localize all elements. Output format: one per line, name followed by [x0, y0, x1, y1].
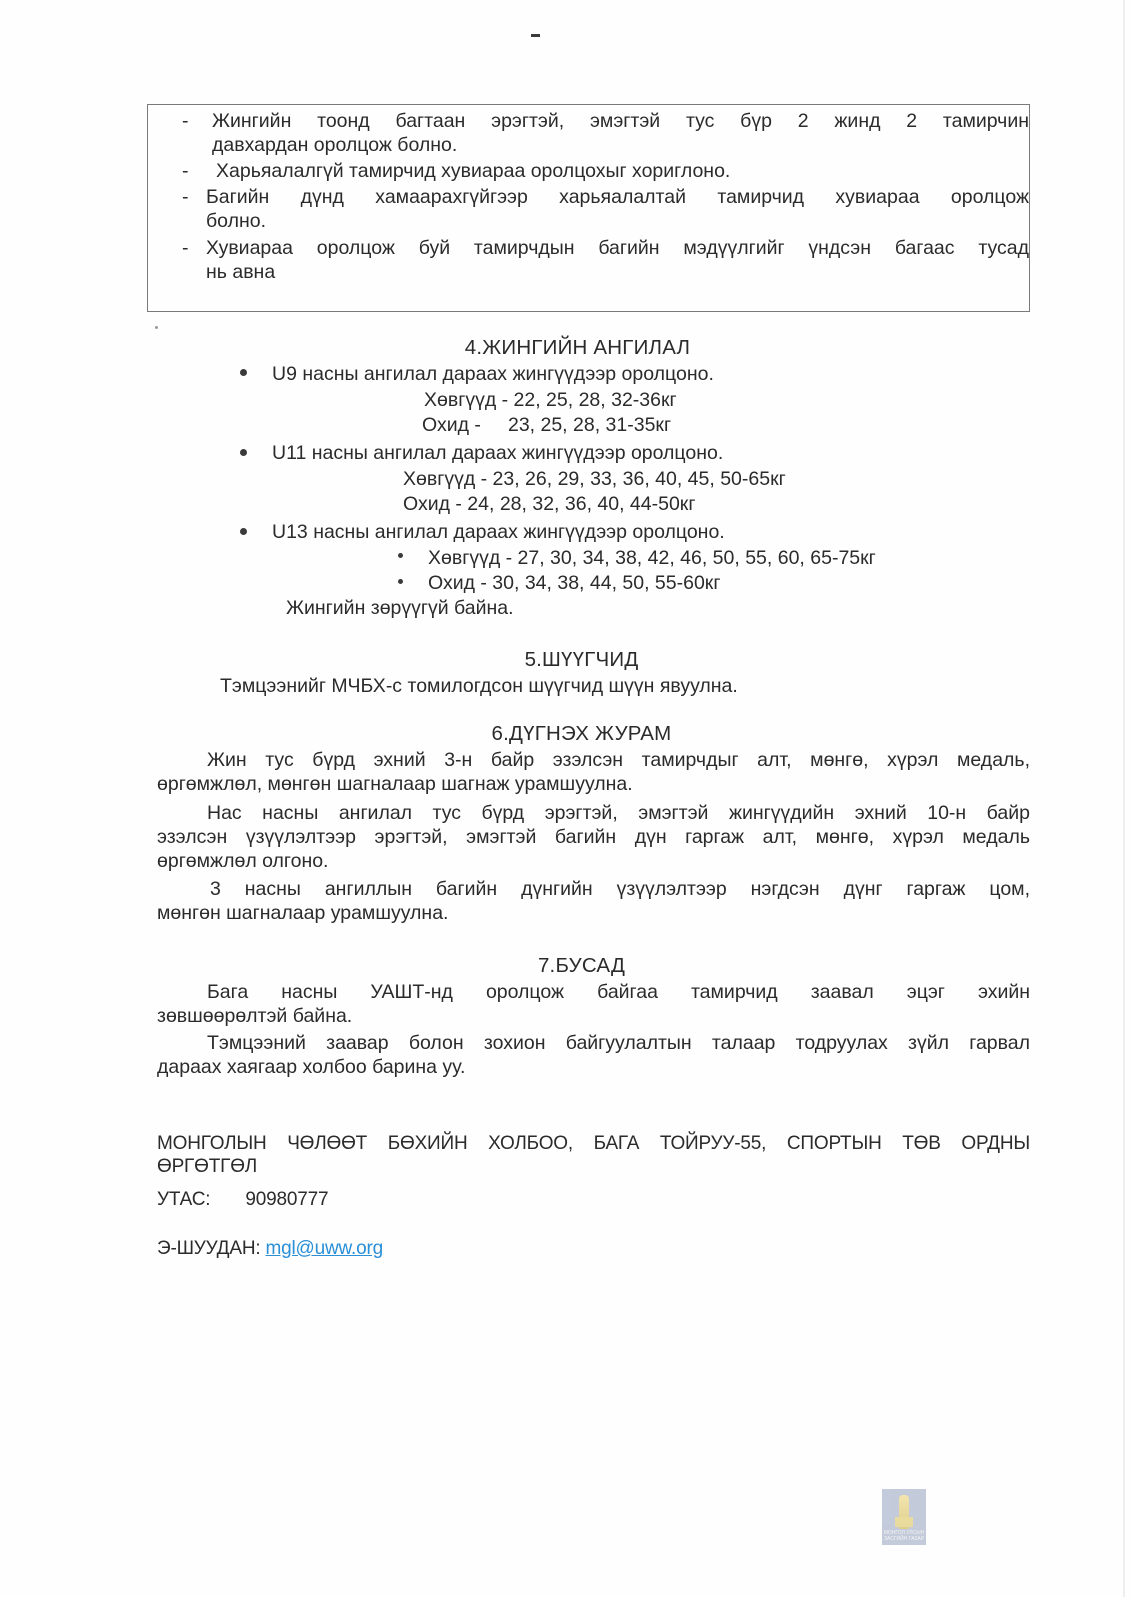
- weight-tolerance-note: Жингийн зөрүүгүй байна.: [286, 596, 514, 620]
- organization-address: МОНГОЛЫН ЧӨЛӨӨТ БӨХИЙН ХОЛБОО, БАГА ТОЙР…: [157, 1132, 1030, 1178]
- rule-item: - Харьяалалгүй тамирчид хувиараа оролцох…: [212, 159, 1029, 183]
- dash-marker: -: [182, 236, 189, 260]
- rule-text: Харьяалалгүй тамирчид хувиараа оролцохыг…: [212, 159, 1029, 183]
- u13-girls-weights: Охид - 30, 34, 38, 44, 50, 55-60кг: [428, 571, 720, 595]
- u9-boys-weights: Хөвгүүд - 22, 25, 28, 32-36кг: [424, 388, 677, 412]
- rule-item: - Жингийн тоонд багтаан эрэгтэй, эмэгтэй…: [212, 109, 1029, 157]
- u13-boys-weights: Хөвгүүд - 27, 30, 34, 38, 42, 46, 50, 55…: [428, 546, 876, 570]
- paragraph-line: зөвшөөрөлтэй байна.: [157, 1004, 1030, 1028]
- paragraph-line: Тэмцээний заавар болон зохион байгуулалт…: [157, 1031, 1030, 1055]
- evaluation-paragraph: Нас насны ангилал тус бүрд эрэгтэй, эмэг…: [157, 801, 1030, 873]
- page-edge-shadow: [1123, 0, 1125, 1597]
- email-row: Э-ШУУДАН: mgl@uww.org: [157, 1237, 383, 1260]
- state-emblem-icon: [899, 1495, 909, 1529]
- paragraph-line: Жин тус бүрд эхний 3-н байр эзэлсэн тами…: [157, 748, 1030, 772]
- age-group-u11: U11 насны ангилал дараах жингүүдээр орол…: [272, 441, 723, 465]
- bullet-icon: [240, 449, 247, 456]
- rule-text: Жингийн тоонд багтаан эрэгтэй, эмэгтэй т…: [212, 109, 1029, 133]
- phone-number: 90980777: [245, 1189, 328, 1210]
- paragraph-line: өргөмжлөл, мөнгөн шагналаар шагнаж урамш…: [157, 772, 1030, 796]
- paragraph-line: 3 насны ангиллын багийн дүнгийн үзүүлэлт…: [157, 877, 1030, 901]
- scan-speck: [155, 326, 158, 329]
- email-label: Э-ШУУДАН:: [157, 1238, 260, 1259]
- address-line: МОНГОЛЫН ЧӨЛӨӨТ БӨХИЙН ХОЛБОО, БАГА ТОЙР…: [157, 1132, 1030, 1155]
- section-heading-evaluation: 6.ДҮГНЭХ ЖУРАМ: [16, 722, 1131, 746]
- dash-marker: -: [182, 109, 189, 133]
- paragraph-line: Бага насны УАШТ-нд оролцож байгаа тамирч…: [157, 980, 1030, 1004]
- dash-marker: -: [182, 185, 189, 209]
- address-line: ӨРГӨТГӨЛ: [157, 1155, 1030, 1178]
- bullet-icon: [240, 369, 247, 376]
- email-link[interactable]: mgl@uww.org: [266, 1238, 383, 1259]
- evaluation-paragraph: Жин тус бүрд эхний 3-н байр эзэлсэн тами…: [157, 748, 1030, 796]
- section-heading-other: 7.БУСАД: [16, 954, 1131, 978]
- scan-mark: [531, 34, 540, 37]
- rule-text-cont: болно.: [206, 209, 1029, 233]
- age-group-u13: U13 насны ангилал дараах жингүүдээр орол…: [272, 520, 725, 544]
- u9-girls-weights: Охид - 23, 25, 28, 31-35кг: [422, 413, 671, 437]
- sub-bullet-icon: [398, 579, 403, 584]
- phone-row: УТАС: 90980777: [157, 1188, 328, 1211]
- paragraph-line: дараах хаягаар холбоо барина уу.: [157, 1055, 1030, 1079]
- government-stamp: МОНГОЛ УЛСЫН ЗАСГИЙН ГАЗАР: [882, 1489, 926, 1545]
- dash-marker: -: [182, 159, 189, 183]
- phone-label: УТАС:: [157, 1189, 210, 1210]
- rule-item: - Багийн дүнд хамаарахгүйгээр харьяалалт…: [206, 185, 1029, 233]
- rule-text-cont: давхардан оролцож болно.: [212, 133, 1029, 157]
- stamp-text: МОНГОЛ УЛСЫН ЗАСГИЙН ГАЗАР: [882, 1530, 926, 1542]
- section-heading-referees: 5.ШҮҮГЧИД: [16, 648, 1131, 672]
- paragraph-line: Нас насны ангилал тус бүрд эрэгтэй, эмэг…: [157, 801, 1030, 825]
- evaluation-paragraph: 3 насны ангиллын багийн дүнгийн үзүүлэлт…: [157, 877, 1030, 925]
- bullet-icon: [240, 528, 247, 535]
- rule-text-cont: нь авна: [206, 260, 1029, 284]
- other-paragraph: Бага насны УАШТ-нд оролцож байгаа тамирч…: [157, 980, 1030, 1028]
- scanned-document-page: - Жингийн тоонд багтаан эрэгтэй, эмэгтэй…: [0, 0, 1131, 1597]
- paragraph-line: өргөмжлөл олгоно.: [157, 849, 1030, 873]
- u11-boys-weights: Хөвгүүд - 23, 26, 29, 33, 36, 40, 45, 50…: [403, 467, 786, 491]
- paragraph-line: мөнгөн шагналаар урамшуулна.: [157, 901, 1030, 925]
- paragraph-line: эзэлсэн үзүүлэлтээр эрэгтэй, эмэгтэй баг…: [157, 825, 1030, 849]
- section-heading-weight-classes: 4.ЖИНГИЙН АНГИЛАЛ: [12, 336, 1131, 360]
- other-paragraph: Тэмцээний заавар болон зохион байгуулалт…: [157, 1031, 1030, 1079]
- u11-girls-weights: Охид - 24, 28, 32, 36, 40, 44-50кг: [403, 492, 695, 516]
- rule-text: Хувиараа оролцож буй тамирчдын багийн мэ…: [206, 236, 1029, 260]
- sub-bullet-icon: [398, 553, 403, 558]
- rule-text: Багийн дүнд хамаарахгүйгээр харьяалалтай…: [206, 185, 1029, 209]
- age-group-u9: U9 насны ангилал дараах жингүүдээр оролц…: [272, 362, 714, 386]
- referees-text: Тэмцээнийг МЧБХ-с томилогдсон шүүгчид шү…: [220, 674, 738, 698]
- rule-item: - Хувиараа оролцож буй тамирчдын багийн …: [206, 236, 1029, 284]
- participation-rules-box: - Жингийн тоонд багтаан эрэгтэй, эмэгтэй…: [147, 104, 1030, 312]
